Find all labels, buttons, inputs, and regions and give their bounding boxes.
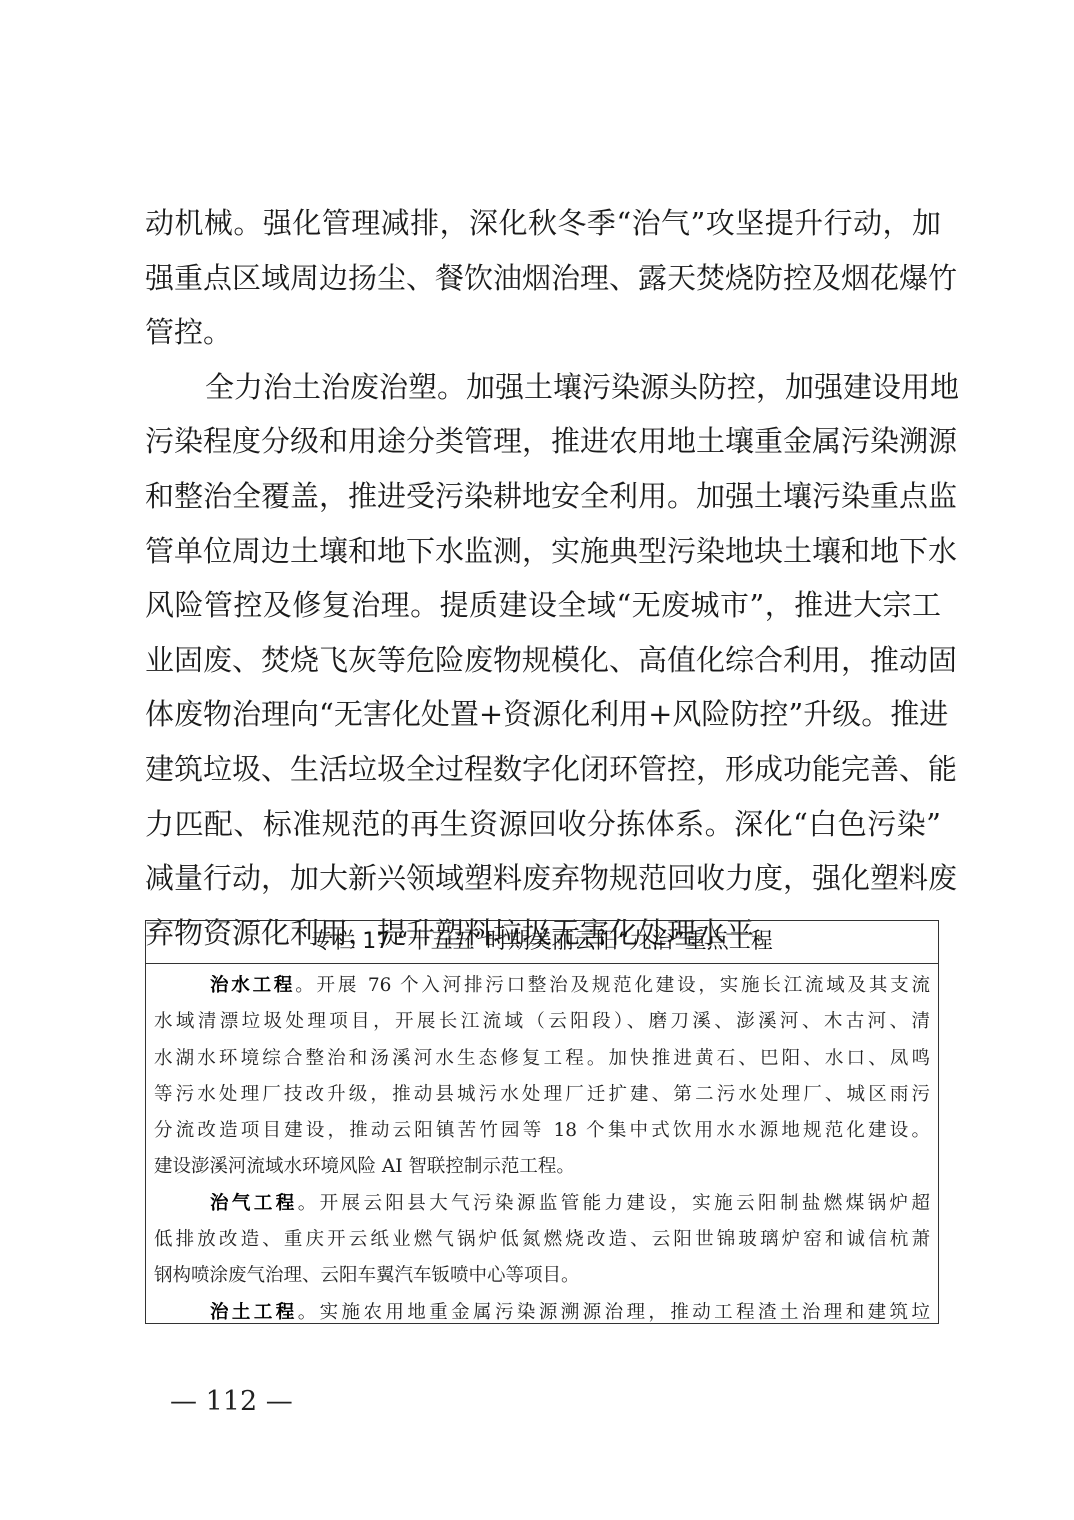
- paragraph-line: 污染程度分级和用途分类管理，推进农用地土壤重金属污染溯源: [145, 414, 941, 469]
- paragraph-line: 风险管控及修复治理。提质建设全域“无废城市”，推进大宗工: [145, 578, 941, 633]
- section-heading: 治土工程: [210, 1302, 298, 1323]
- paragraph-line: 全力治土治废治塑。加强土壤污染源头防控，加强建设用地: [145, 360, 941, 415]
- section-text: 。开展 76 个入河排污口整治及规范化建设，实施长江流域及其支流: [295, 975, 930, 996]
- box-line: 建设澎溪河流域水环境风险 AI 智联控制示范工程。: [154, 1149, 930, 1185]
- paragraph-line: 业固废、焚烧飞灰等危险废物规模化、高值化综合利用，推动固: [145, 633, 941, 688]
- box-line: 治土工程。实施农用地重金属污染源溯源治理，推动工程渣土治理和建筑垃: [154, 1295, 930, 1331]
- box-body: 治水工程。开展 76 个入河排污口整治及规范化建设，实施长江流域及其支流 水域清…: [146, 964, 938, 1331]
- box-title: 专栏 17 “十五五”时期美丽云阳“九治”重点工程: [146, 921, 938, 964]
- paragraph-line: 和整治全覆盖，推进受污染耕地安全利用。加强土壤污染重点监: [145, 469, 941, 524]
- paragraph-line: 动机械。强化管理减排，深化秋冬季“治气”攻坚提升行动，加: [145, 196, 941, 251]
- body-text: 动机械。强化管理减排，深化秋冬季“治气”攻坚提升行动，加 强重点区域周边扬尘、餐…: [145, 196, 941, 960]
- paragraph-line: 力匹配、标准规范的再生资源回收分拣体系。深化“白色污染”: [145, 797, 941, 852]
- section-heading: 治水工程: [210, 975, 295, 996]
- paragraph-line: 管控。: [145, 305, 941, 360]
- box-line: 治水工程。开展 76 个入河排污口整治及规范化建设，实施长江流域及其支流: [154, 968, 930, 1004]
- section-text: 。开展云阳县大气污染源监管能力建设，实施云阳制盐燃煤锅炉超: [298, 1193, 930, 1214]
- box-line: 水湖水环境综合整治和汤溪河水生态修复工程。加快推进黄石、巴阳、水口、凤鸣: [154, 1041, 930, 1077]
- paragraph-line: 强重点区域周边扬尘、餐饮油烟治理、露天焚烧防控及烟花爆竹: [145, 251, 941, 306]
- document-page: 动机械。强化管理减排，深化秋冬季“治气”攻坚提升行动，加 强重点区域周边扬尘、餐…: [0, 0, 1074, 1520]
- box-line: 低排放改造、重庆开云纸业燃气锅炉低氮燃烧改造、云阳世锦玻璃炉窑和诚信杭萧: [154, 1222, 930, 1258]
- paragraph-line: 体废物治理向“无害化处置+资源化利用+风险防控”升级。推进: [145, 687, 941, 742]
- box-line: 治气工程。开展云阳县大气污染源监管能力建设，实施云阳制盐燃煤锅炉超: [154, 1186, 930, 1222]
- section-text: 。实施农用地重金属污染源溯源治理，推动工程渣土治理和建筑垃: [298, 1302, 930, 1323]
- box-line: 水域清漂垃圾处理项目，开展长江流域（云阳段）、磨刀溪、澎溪河、木古河、清: [154, 1004, 930, 1040]
- feature-box: 专栏 17 “十五五”时期美丽云阳“九治”重点工程 治水工程。开展 76 个入河…: [145, 920, 939, 1324]
- box-line: 等污水处理厂技改升级，推动县城污水处理厂迁扩建、第二污水处理厂、城区雨污: [154, 1077, 930, 1113]
- paragraph-line: 建筑垃圾、生活垃圾全过程数字化闭环管控，形成功能完善、能: [145, 742, 941, 797]
- box-line: 钢构喷涂废气治理、云阳车翼汽车钣喷中心等项目。: [154, 1258, 930, 1294]
- section-heading: 治气工程: [210, 1193, 298, 1214]
- paragraph-line: 减量行动，加大新兴领域塑料废弃物规范回收力度，强化塑料废: [145, 851, 941, 906]
- paragraph-line: 管单位周边土壤和地下水监测，实施典型污染地块土壤和地下水: [145, 524, 941, 579]
- box-line: 分流改造项目建设，推动云阳镇苦竹园等 18 个集中式饮用水水源地规范化建设。: [154, 1113, 930, 1149]
- page-number: — 112 —: [170, 1382, 293, 1422]
